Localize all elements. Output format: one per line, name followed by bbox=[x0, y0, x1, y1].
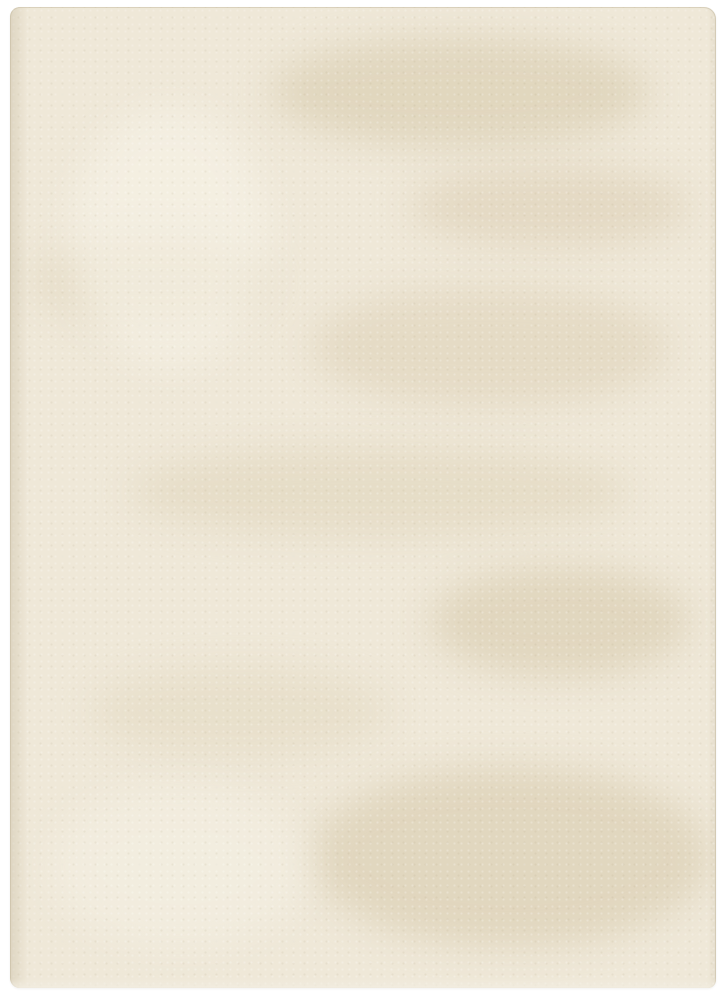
rug-left-edge bbox=[10, 7, 28, 988]
product-photo bbox=[0, 0, 724, 1000]
rug bbox=[10, 7, 716, 988]
pile-texture bbox=[10, 7, 716, 988]
rug-bottom-edge bbox=[10, 978, 716, 988]
